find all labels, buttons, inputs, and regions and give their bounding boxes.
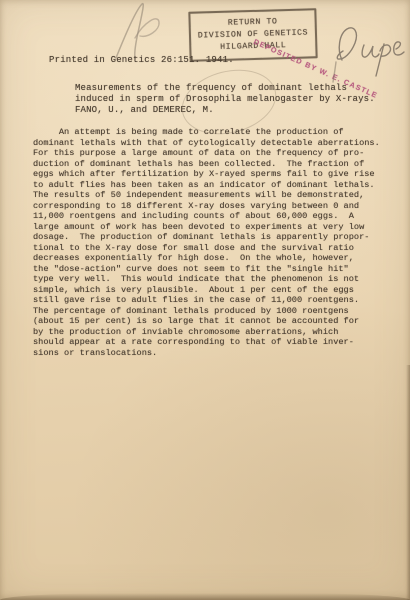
printed-in-citation: Printed in Genetics 26:151. 1941. [49,55,234,65]
return-to-division-stamp: RETURN TO DIVISION OF GENETICS HILGARD H… [188,8,317,62]
scanned-document-page: RETURN TO DIVISION OF GENETICS HILGARD H… [0,0,410,600]
dupe-handwriting [326,16,406,86]
pencil-initials-scribble [108,0,198,62]
page-edge-shadow-right [406,365,410,600]
abstract-body: An attempt is being made to correlate th… [33,127,380,358]
return-to-stamp-text: RETURN TO DIVISION OF GENETICS HILGARD H… [197,15,308,54]
page-edge-shadow-bottom [0,593,410,600]
